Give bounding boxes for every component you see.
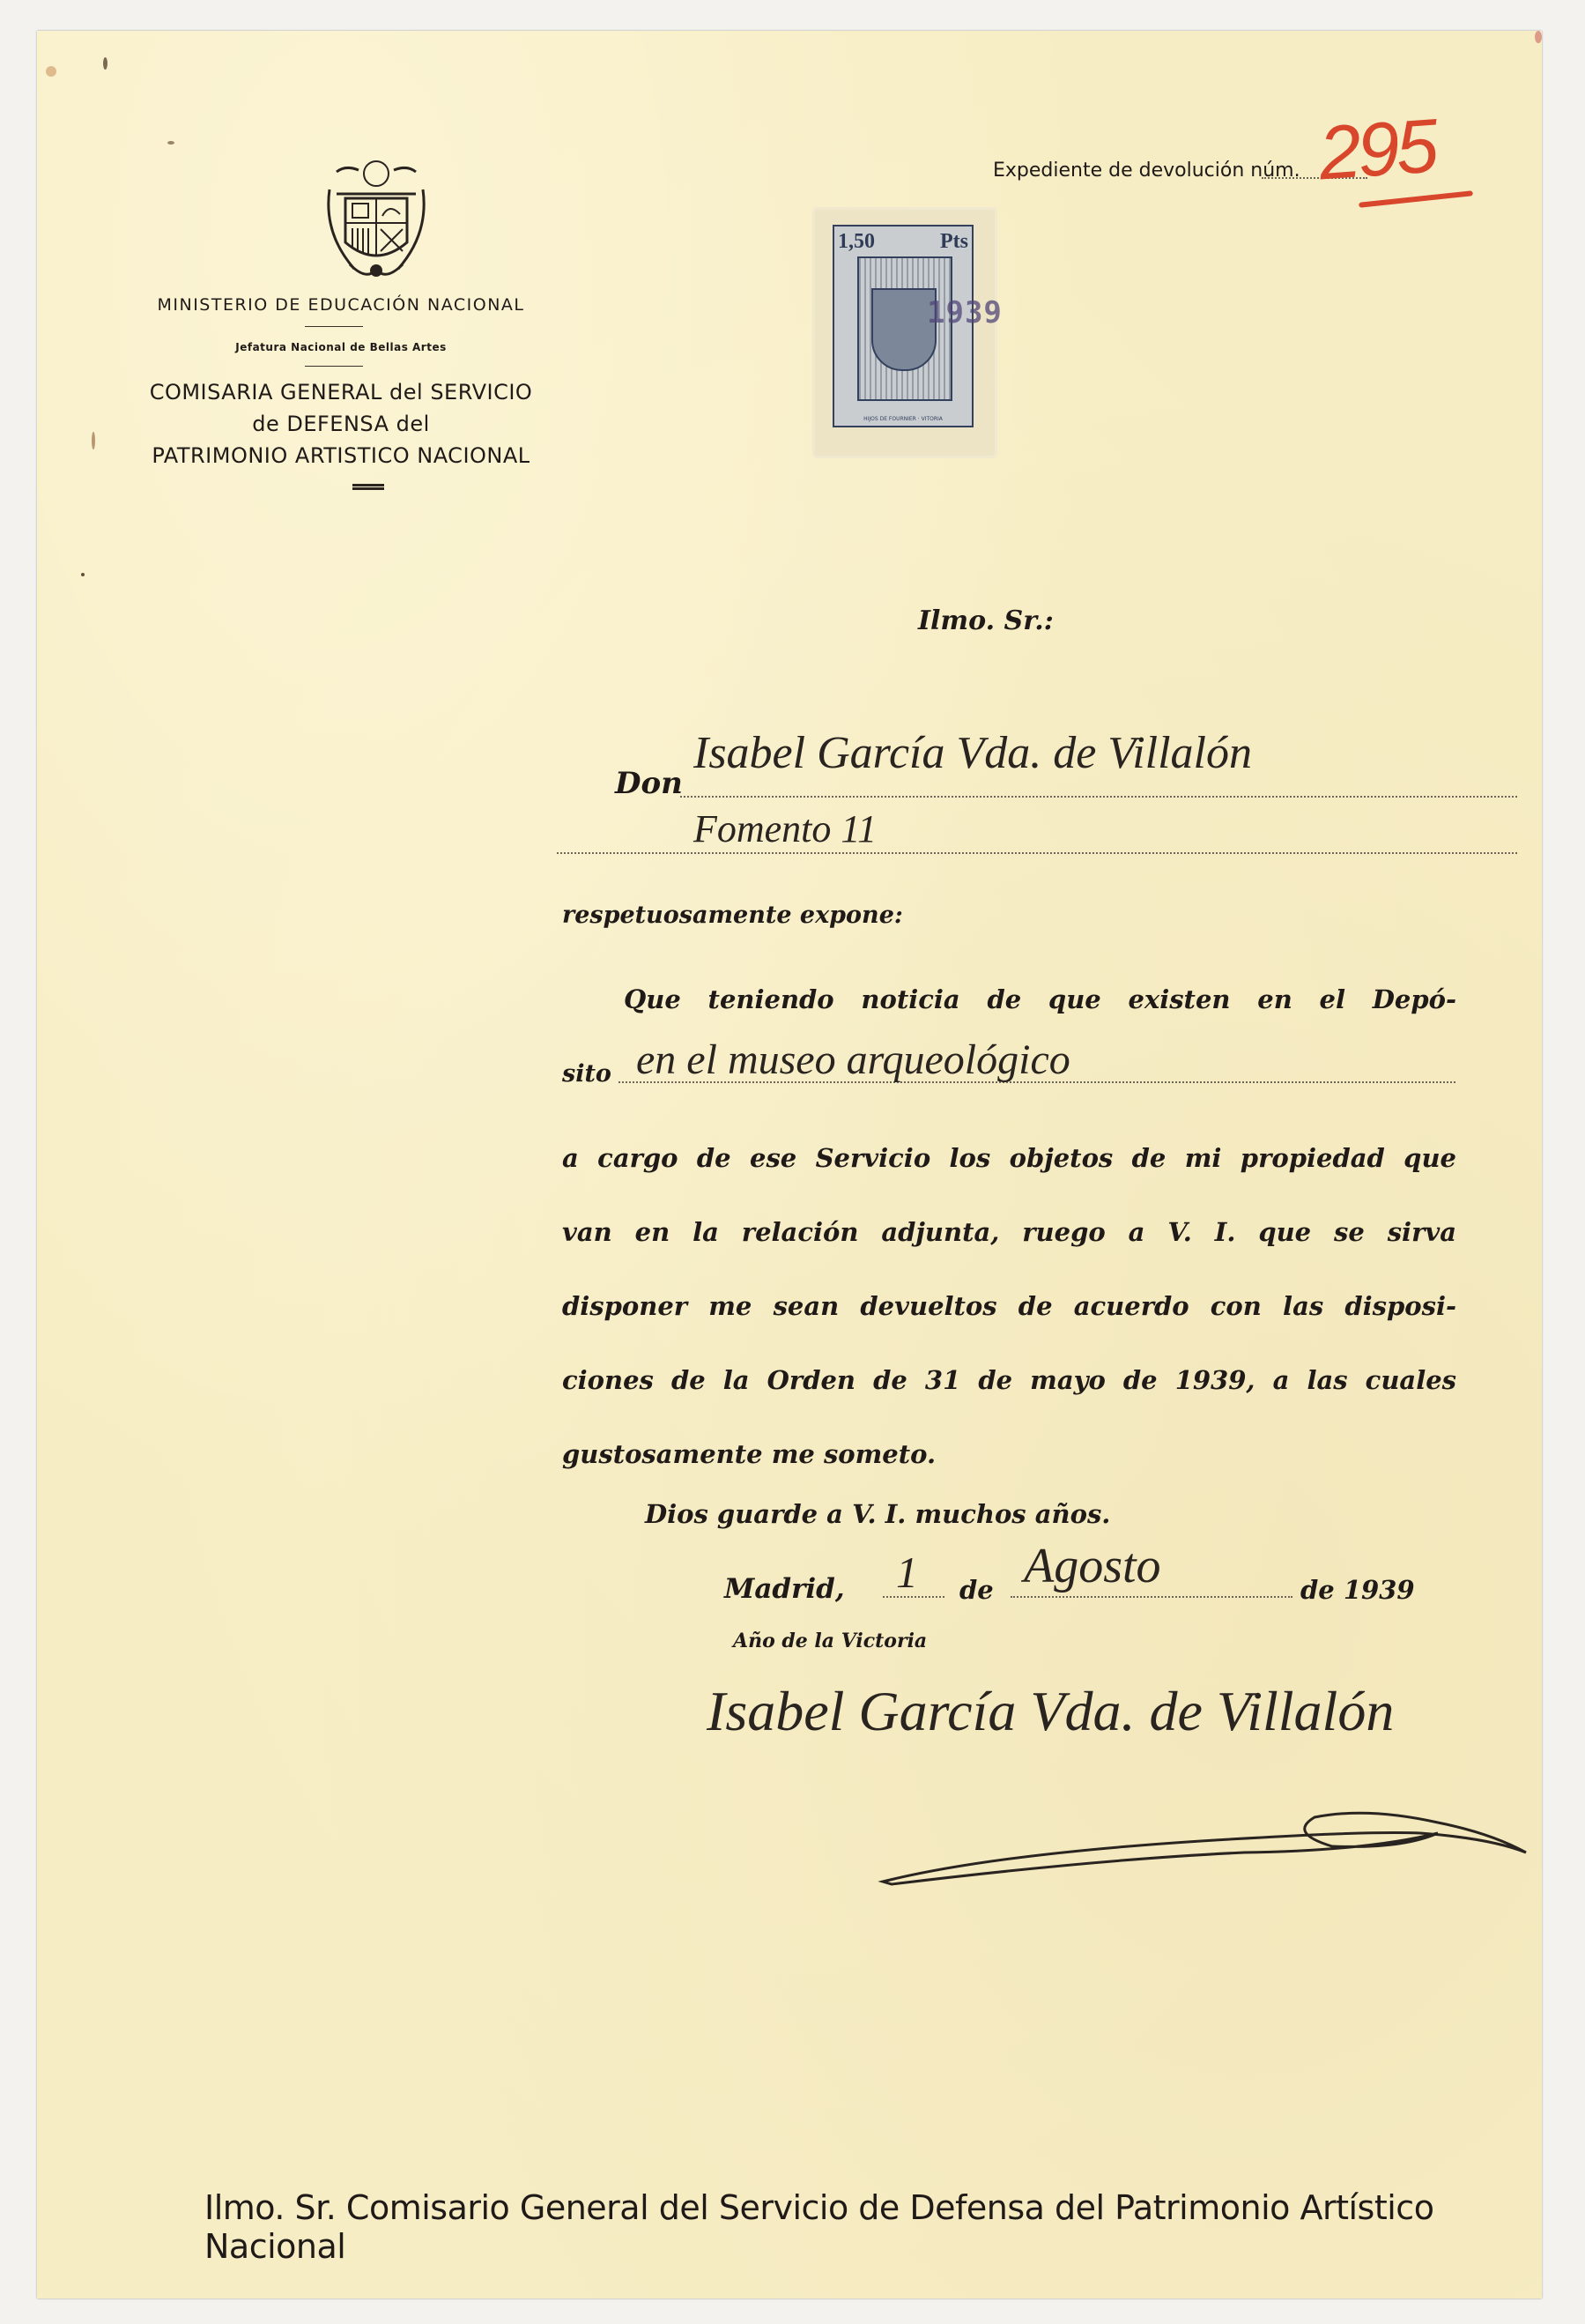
body-line-1: Que teniendo noticia de que existen en e… xyxy=(624,984,1456,1014)
age-spot xyxy=(81,573,85,576)
commission-line-1: COMISARIA GENERAL del SERVICIO xyxy=(125,380,557,405)
double-rule xyxy=(352,484,384,490)
ministry-name: MINISTERIO DE EDUCACIÓN NACIONAL xyxy=(125,295,557,315)
place: Madrid, xyxy=(724,1573,845,1605)
divider xyxy=(305,366,363,367)
blessing: Dios guarde a V. I. muchos años. xyxy=(645,1499,1110,1529)
addressee-footer: Ilmo. Sr. Comisario General del Servicio… xyxy=(204,2188,1542,2266)
divider xyxy=(305,326,363,327)
applicant-name-field xyxy=(680,796,1517,798)
applicant-prefix: Don xyxy=(615,766,683,801)
deposit-handwritten: en el museo arqueológico xyxy=(636,1036,1070,1084)
stamp-currency: Pts xyxy=(940,230,968,254)
age-spot xyxy=(92,432,95,449)
body-line-6: ciones de la Orden de 31 de mayo de 1939… xyxy=(562,1365,1456,1395)
age-spot xyxy=(167,141,174,145)
body-line-4: van en la relación adjunta, ruego a V. I… xyxy=(562,1217,1456,1247)
body-line-3: a cargo de ese Servicio los objetos de m… xyxy=(562,1143,1456,1173)
signature: Isabel García Vda. de Villalón xyxy=(707,1679,1394,1744)
stamp-value: 1,50 xyxy=(838,230,875,254)
file-number-label: Expediente de devolución núm. xyxy=(993,160,1300,182)
salutation: Ilmo. Sr.: xyxy=(918,605,1054,636)
applicant-name-handwritten: Isabel García Vda. de Villalón xyxy=(693,727,1252,779)
body-line-5: disponer me sean devueltos de acuerdo co… xyxy=(562,1291,1456,1321)
commission-line-2: de DEFENSA del xyxy=(125,412,557,436)
stamp-printer: HIJOS DE FOURNIER · VITORIA xyxy=(834,416,972,422)
date-connector: de xyxy=(959,1575,994,1605)
month-field xyxy=(1011,1596,1292,1598)
age-spot xyxy=(46,66,56,77)
year: de 1939 xyxy=(1300,1575,1415,1605)
commission-line-3: PATRIMONIO ARTISTICO NACIONAL xyxy=(125,443,557,468)
era-label: Año de la Victoria xyxy=(733,1630,927,1652)
file-number: 295 xyxy=(1316,103,1438,198)
stamp-cancellation: 1939 xyxy=(927,295,1003,330)
document-page: MINISTERIO DE EDUCACIÓN NACIONAL Jefatur… xyxy=(37,31,1542,2298)
age-spot xyxy=(1535,31,1542,43)
signature-flourish xyxy=(874,1798,1544,1895)
department-name: Jefatura Nacional de Bellas Artes xyxy=(125,341,557,353)
intro-text: respetuosamente expone: xyxy=(562,902,903,929)
body-line-7: gustosamente me someto. xyxy=(562,1439,1456,1469)
applicant-address-handwritten: Fomento 11 xyxy=(693,806,877,851)
day-handwritten: 1 xyxy=(896,1547,918,1598)
spanish-coat-of-arms-icon xyxy=(319,154,433,286)
age-spot xyxy=(103,57,107,70)
applicant-address-field xyxy=(557,852,1517,854)
body-line-2-prefix: sito xyxy=(562,1060,611,1088)
month-handwritten: Agosto xyxy=(1024,1538,1161,1594)
